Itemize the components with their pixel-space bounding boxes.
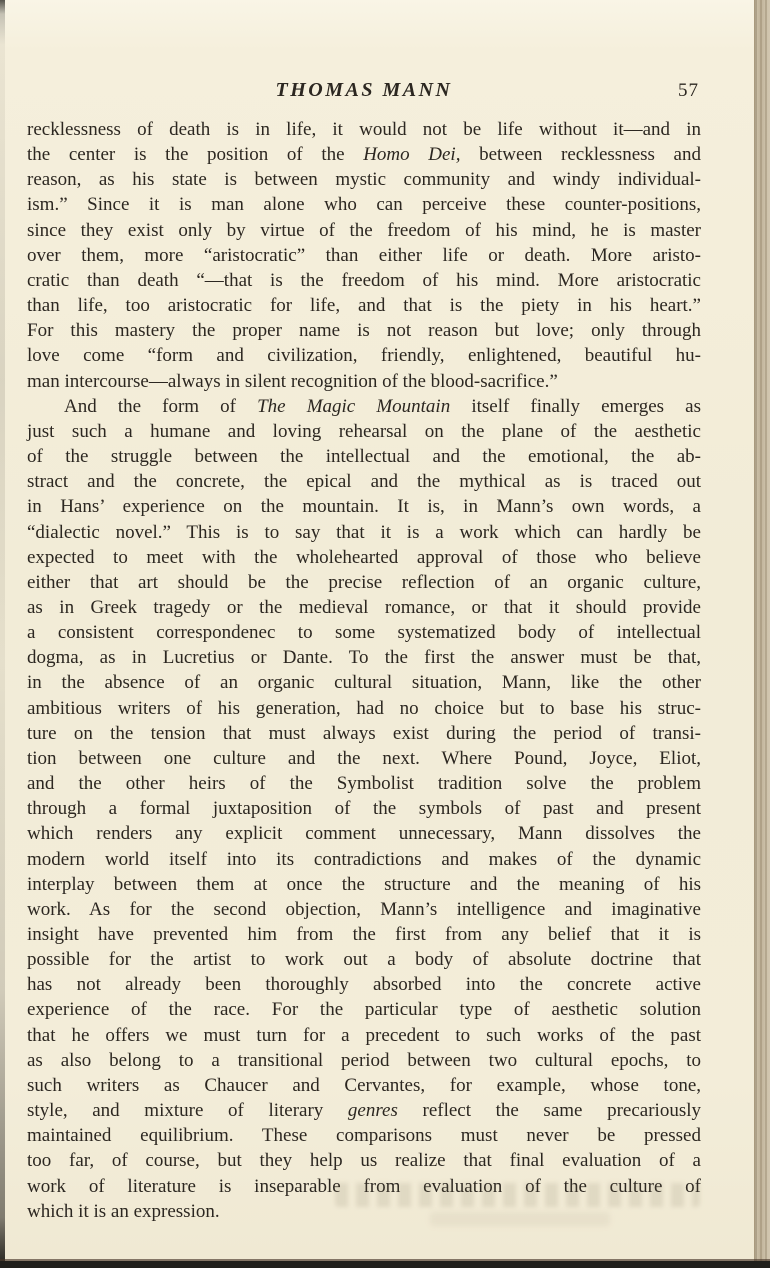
- text-line: such writers as Chaucer and Cervantes, f…: [27, 1073, 701, 1098]
- text-line: has not already been thoroughly absorbed…: [27, 972, 701, 997]
- text-line: dogma, as in Lucretius or Dante. To the …: [27, 645, 701, 670]
- text-line: modern world itself into its contradicti…: [27, 847, 701, 872]
- page-header: THOMAS MANN 57: [27, 79, 701, 105]
- text-line: reason, as his state is between mystic c…: [27, 167, 701, 192]
- text-line: as in Greek tragedy or the medieval roma…: [27, 595, 701, 620]
- text-line: which renders any explicit comment unnec…: [27, 821, 701, 846]
- text-line: stract and the concrete, the epical and …: [27, 469, 701, 494]
- text-line: tion between one culture and the next. W…: [27, 746, 701, 771]
- text-line: interplay between them at once the struc…: [27, 872, 701, 897]
- text-line: and the other heirs of the Symbolist tra…: [27, 771, 701, 796]
- text-line: in the absence of an organic cultural si…: [27, 670, 701, 695]
- text-line: maintained equilibrium. These comparison…: [27, 1123, 701, 1148]
- text-line: just such a humane and loving rehearsal …: [27, 419, 701, 444]
- text-line: love come “form and civilization, friend…: [27, 343, 701, 368]
- left-page-edge: [0, 0, 5, 1268]
- text-line: through a formal juxtaposition of the sy…: [27, 796, 701, 821]
- text-line: man intercourse—always in silent recogni…: [27, 369, 701, 394]
- show-through-artifact: [335, 1183, 700, 1207]
- text-line: too far, of course, but they help us rea…: [27, 1148, 701, 1173]
- text-line: of the struggle between the intellectual…: [27, 444, 701, 469]
- text-line: recklessness of death is in life, it wou…: [27, 117, 701, 142]
- text-line: insight have prevented him from the firs…: [27, 922, 701, 947]
- text-line: in Hans’ experience on the mountain. It …: [27, 494, 701, 519]
- text-line: work. As for the second objection, Mann’…: [27, 897, 701, 922]
- text-line: as also belong to a transitional period …: [27, 1048, 701, 1073]
- bottom-scan-bar: [0, 1261, 770, 1268]
- text-line: that he offers we must turn for a preced…: [27, 1023, 701, 1048]
- book-page-scan: THOMAS MANN 57 recklessness of death is …: [0, 0, 770, 1268]
- text-line: a consistent correspondenec to some syst…: [27, 620, 701, 645]
- page-body: recklessness of death is in life, it wou…: [27, 117, 701, 1224]
- text-line: either that art should be the precise re…: [27, 570, 701, 595]
- text-line: since they exist only by virtue of the f…: [27, 218, 701, 243]
- show-through-artifact: [430, 1212, 610, 1226]
- text-line: For this mastery the proper name is not …: [27, 318, 701, 343]
- text-line: experience of the race. For the particul…: [27, 997, 701, 1022]
- running-header: THOMAS MANN: [27, 79, 701, 102]
- text-line: the center is the position of the Homo D…: [27, 142, 701, 167]
- text-line: expected to meet with the wholehearted a…: [27, 545, 701, 570]
- text-line: possible for the artist to work out a bo…: [27, 947, 701, 972]
- text-line: style, and mixture of literary genres re…: [27, 1098, 701, 1123]
- text-line: cratic than death “—that is the freedom …: [27, 268, 701, 293]
- text-line: than life, too aristocratic for life, an…: [27, 293, 701, 318]
- text-line: ism.” Since it is man alone who can perc…: [27, 192, 701, 217]
- page-number: 57: [678, 80, 699, 102]
- text-line: ambitious writers of his generation, had…: [27, 696, 701, 721]
- text-line: “dialectic novel.” This is to say that i…: [27, 520, 701, 545]
- right-page-edge: [754, 0, 770, 1261]
- text-line: ture on the tension that must always exi…: [27, 721, 701, 746]
- text-line: And the form of The Magic Mountain itsel…: [27, 394, 701, 419]
- text-line: over them, more “aristocratic” than eith…: [27, 243, 701, 268]
